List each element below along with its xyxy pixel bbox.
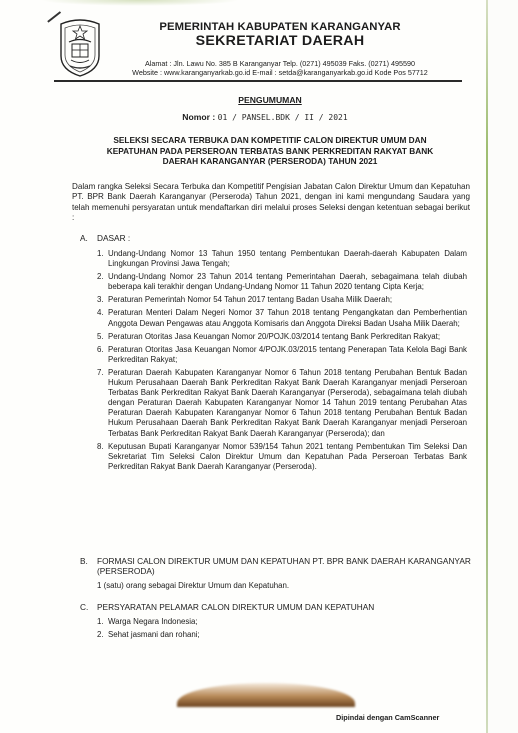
item-text: Undang-Undang Nomor 13 Tahun 1950 tentan… — [108, 249, 467, 268]
section-heading: DASAR : — [97, 233, 480, 243]
subject-line: SELEKSI SECARA TERBUKA DAN KOMPETITIF CA… — [70, 135, 470, 146]
list-item: 2. Sehat jasmani dan rohani; — [97, 630, 467, 640]
scan-stain — [40, 0, 240, 6]
address-line: Alamat : Jln. Lawu No. 385 B Karanganyar… — [110, 59, 450, 68]
list-item: 7. Peraturan Daerah Kabupaten Karanganya… — [97, 368, 467, 439]
letterhead-divider — [54, 80, 462, 82]
item-text: Peraturan Daerah Kabupaten Karanganyar N… — [108, 368, 467, 438]
section-letter: C. — [80, 602, 94, 612]
item-text: Peraturan Menteri Dalam Negeri Nomor 37 … — [108, 308, 467, 327]
item-text: Keputusan Bupati Karanganyar Nomor 539/1… — [108, 442, 467, 471]
announcement-number: Nomor : 01 / PANSEL.BDK / II / 2021 — [165, 112, 365, 122]
subject-line: DAERAH KARANGANYAR (PERSERODA) TAHUN 202… — [70, 156, 470, 167]
item-text: Undang-Undang Nomor 23 Tahun 2014 tentan… — [108, 272, 467, 291]
regency-coat-of-arms-icon — [57, 18, 103, 78]
item-text: Warga Negara Indonesia; — [108, 617, 198, 626]
item-number: 6. — [97, 345, 104, 355]
intro-paragraph: Dalam rangka Seleksi Secara Terbuka dan … — [72, 182, 470, 223]
number-label: Nomor : — [182, 112, 215, 122]
list-item: 4. Peraturan Menteri Dalam Negeri Nomor … — [97, 308, 467, 328]
section-a-heading: A. DASAR : — [80, 233, 480, 243]
list-item: 1. Warga Negara Indonesia; — [97, 617, 467, 627]
letterhead-address: Alamat : Jln. Lawu No. 385 B Karanganyar… — [110, 59, 450, 77]
list-item: 5. Peraturan Otoritas Jasa Keuangan Nomo… — [97, 332, 467, 342]
item-number: 8. — [97, 442, 104, 452]
section-letter: B. — [80, 556, 94, 566]
camscanner-watermark: Dipindai dengan CamScanner — [336, 713, 456, 722]
item-number: 4. — [97, 308, 104, 318]
list-item: 6. Peraturan Otoritas Jasa Keuangan Nomo… — [97, 345, 467, 365]
section-b-body: 1 (satu) orang sebagai Direktur Umum dan… — [97, 581, 467, 591]
section-c-heading: C. PERSYARATAN PELAMAR CALON DIREKTUR UM… — [80, 602, 480, 612]
section-b-heading: B. FORMASI CALON DIREKTUR UMUM DAN KEPAT… — [80, 556, 480, 577]
contact-line: Website : www.karanganyarkab.go.id E-mai… — [110, 68, 450, 77]
subject-line: KEPATUHAN PADA PERSEROAN TERBATAS BANK P… — [70, 146, 470, 157]
list-item: 2. Undang-Undang Nomor 23 Tahun 2014 ten… — [97, 272, 467, 292]
item-number: 1. — [97, 617, 104, 627]
announcement-subject: SELEKSI SECARA TERBUKA DAN KOMPETITIF CA… — [70, 135, 470, 167]
item-text: Peraturan Otoritas Jasa Keuangan Nomor 2… — [108, 332, 440, 341]
item-text: Peraturan Otoritas Jasa Keuangan Nomor 4… — [108, 345, 467, 364]
legal-basis-list: 1. Undang-Undang Nomor 13 Tahun 1950 ten… — [97, 249, 467, 472]
section-heading: PERSYARATAN PELAMAR CALON DIREKTUR UMUM … — [97, 602, 480, 612]
scan-margin — [488, 0, 518, 733]
item-text: Sehat jasmani dan rohani; — [108, 630, 200, 639]
letterhead-government: PEMERINTAH KABUPATEN KARANGANYAR — [150, 21, 410, 33]
item-number: 7. — [97, 368, 104, 378]
list-item: 8. Keputusan Bupati Karanganyar Nomor 53… — [97, 442, 467, 472]
announcement-title: PENGUMUMAN — [200, 95, 340, 105]
list-item: 1. Undang-Undang Nomor 13 Tahun 1950 ten… — [97, 249, 467, 269]
scan-thumb-shadow — [177, 683, 355, 707]
item-number: 2. — [97, 630, 104, 640]
item-number: 5. — [97, 332, 104, 342]
item-number: 3. — [97, 295, 104, 305]
scanned-document-page: PEMERINTAH KABUPATEN KARANGANYAR SEKRETA… — [0, 0, 518, 733]
section-heading: FORMASI CALON DIREKTUR UMUM DAN KEPATUHA… — [97, 556, 480, 577]
item-number: 2. — [97, 272, 104, 282]
item-text: Peraturan Pemerintah Nomor 54 Tahun 2017… — [108, 295, 392, 304]
requirements-list: 1. Warga Negara Indonesia; 2. Sehat jasm… — [97, 617, 467, 640]
list-item: 3. Peraturan Pemerintah Nomor 54 Tahun 2… — [97, 295, 467, 305]
item-number: 1. — [97, 249, 104, 259]
section-letter: A. — [80, 233, 94, 243]
number-value-handwritten: 01 / PANSEL.BDK / II / 2021 — [218, 113, 348, 122]
letterhead-office: SEKRETARIAT DAERAH — [150, 33, 410, 49]
